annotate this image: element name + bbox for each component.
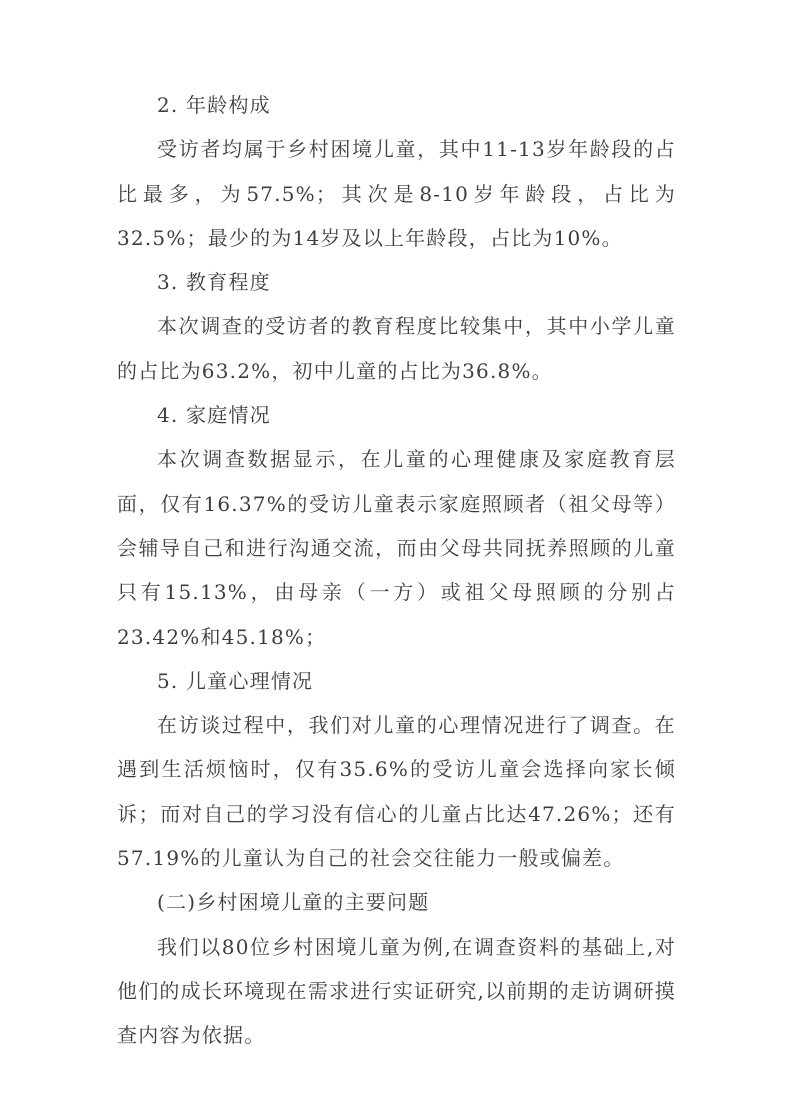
document-content: 2. 年龄构成 受访者均属于乡村困境儿童，其中11-13岁年龄段的占比最多，为5… <box>117 83 676 1058</box>
section-heading-child-psychology: 5. 儿童心理情况 <box>117 659 676 703</box>
section-heading-education-level: 3. 教育程度 <box>117 260 676 304</box>
paragraph-child-psychology: 在访谈过程中，我们对儿童的心理情况进行了调查。在遇到生活烦恼时，仅有35.6%的… <box>117 703 676 880</box>
document-page: 2. 年龄构成 受访者均属于乡村困境儿童，其中11-13岁年龄段的占比最多，为5… <box>0 0 792 1114</box>
paragraph-age-composition: 受访者均属于乡村困境儿童，其中11-13岁年龄段的占比最多，为57.5%；其次是… <box>117 127 676 260</box>
paragraph-main-problems-intro: 我们以80位乡村困境儿童为例,在调查资料的基础上,对他们的成长环境现在需求进行实… <box>117 925 676 1058</box>
section-heading-age-composition: 2. 年龄构成 <box>117 83 676 127</box>
paragraph-family-situation: 本次调查数据显示，在儿童的心理健康及家庭教育层面，仅有16.37%的受访儿童表示… <box>117 437 676 658</box>
paragraph-education-level: 本次调查的受访者的教育程度比较集中，其中小学儿童的占比为63.2%，初中儿童的占… <box>117 304 676 393</box>
section-heading-family-situation: 4. 家庭情况 <box>117 393 676 437</box>
subsection-heading-main-problems: (二)乡村困境儿童的主要问题 <box>117 880 676 924</box>
